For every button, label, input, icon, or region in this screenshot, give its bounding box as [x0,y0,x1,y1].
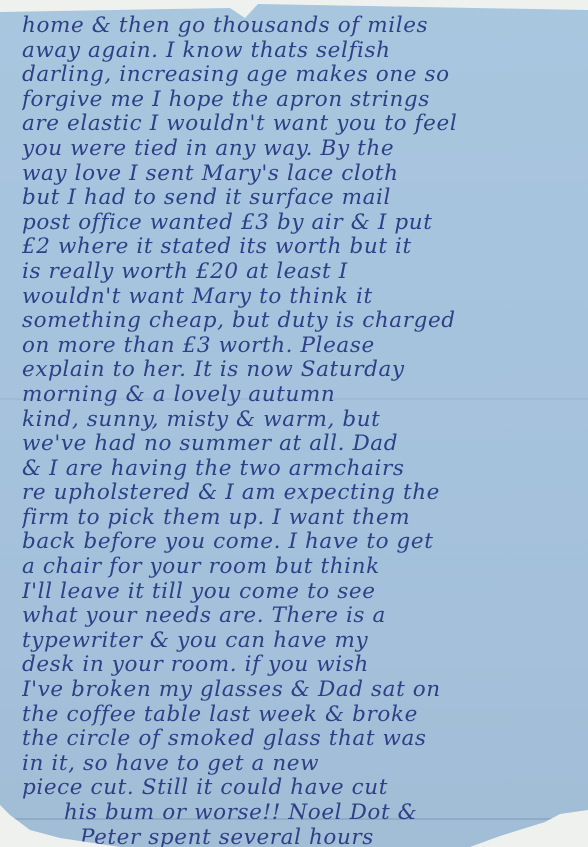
letter-line: post office wanted £3 by air & I put [22,211,577,236]
letter-line: piece cut. Still it could have cut [22,776,577,801]
handwritten-letter-body: home & then go thousands of miles away a… [22,14,577,847]
letter-line: I'll leave it till you come to see [22,580,577,605]
letter-line: explain to her. It is now Saturday [22,358,577,383]
letter-line: I've broken my glasses & Dad sat on [22,678,577,703]
letter-line: typewriter & you can have my [22,629,577,654]
letter-line: kind, sunny, misty & warm, but [22,408,577,433]
letter-line: the coffee table last week & broke [22,703,577,728]
letter-line: you were tied in any way. By the [22,137,577,162]
letter-line: & I are having the two armchairs [22,457,577,482]
letter-line: home & then go thousands of miles [22,14,577,39]
letter-line: desk in your room. if you wish [22,653,577,678]
letter-line: we've had no summer at all. Dad [22,432,577,457]
letter-line: something cheap, but duty is charged [22,309,577,334]
letter-line: away again. I know thats selfish [22,39,577,64]
letter-line: the circle of smoked glass that was [22,727,577,752]
letter-line: way love I sent Mary's lace cloth [22,162,577,187]
letter-line: but I had to send it surface mail [22,186,577,211]
scanned-letter-page: home & then go thousands of miles away a… [0,0,588,847]
airmail-paper-sheet: home & then go thousands of miles away a… [0,0,588,847]
letter-line: is really worth £20 at least I [22,260,577,285]
letter-line: on more than £3 worth. Please [22,334,577,359]
letter-line: re upholstered & I am expecting the [22,481,577,506]
letter-line: firm to pick them up. I want them [22,506,577,531]
letter-line: what your needs are. There is a [22,604,577,629]
letter-line: are elastic I wouldn't want you to feel [22,112,577,137]
letter-line: wouldn't want Mary to think it [22,285,577,310]
letter-line: back before you come. I have to get [22,530,577,555]
letter-line: his bum or worse!! Noel Dot & [22,801,577,826]
letter-line: £2 where it stated its worth but it [22,235,577,260]
letter-line: morning & a lovely autumn [22,383,577,408]
letter-line: a chair for your room but think [22,555,577,580]
letter-line: in it, so have to get a new [22,752,577,777]
letter-line: forgive me I hope the apron strings [22,88,577,113]
letter-line: Peter spent several hours [22,826,577,847]
letter-line: darling, increasing age makes one so [22,63,577,88]
